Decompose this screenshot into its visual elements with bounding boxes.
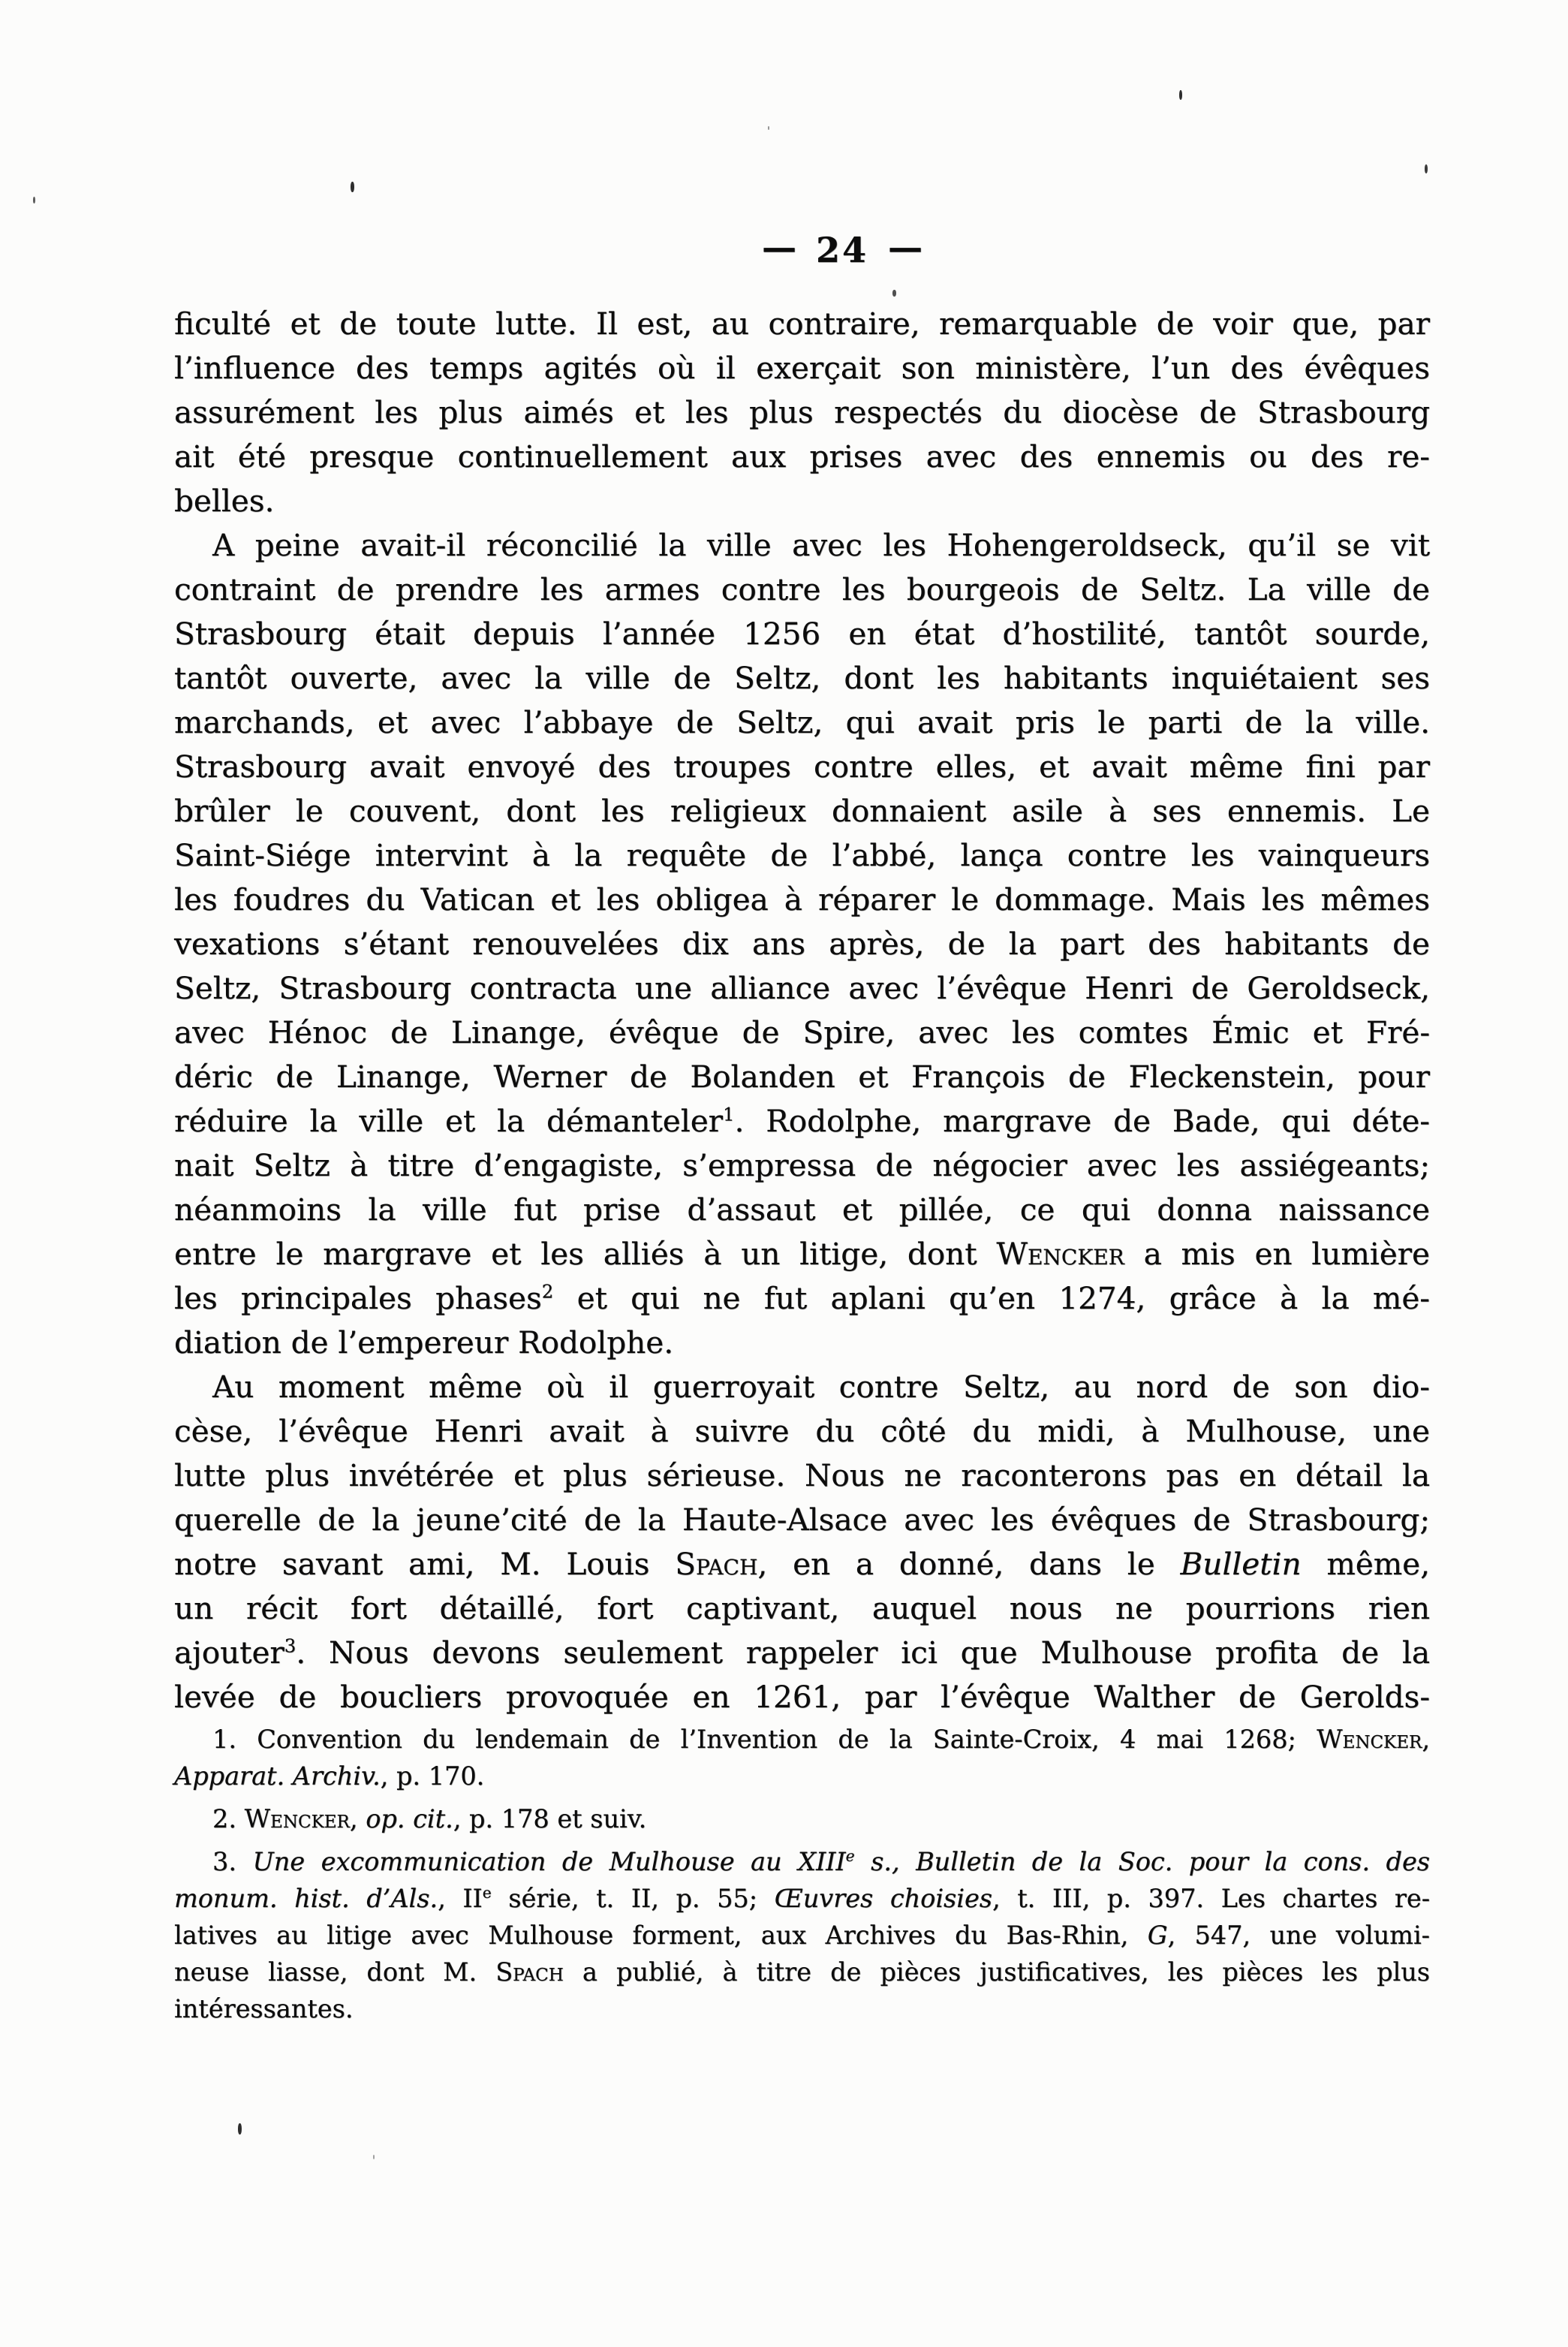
text-segment: e <box>483 1884 492 1902</box>
text-segment: levée de boucliers provoquée en 1261, pa… <box>174 1679 1430 1715</box>
text-segment: belles. <box>174 483 274 519</box>
text-segment: réduire la ville et la démanteler <box>174 1103 723 1139</box>
scan-speck <box>1179 90 1182 100</box>
text-line: 3. Une excommunication de Mulhouse au XI… <box>174 1843 1430 1880</box>
text-segment: les foudres du Vatican et les obligea à … <box>174 881 1430 917</box>
scan-speck <box>33 197 35 203</box>
text-segment: tantôt ouverte, avec la ville de Seltz, … <box>174 660 1430 696</box>
page-header: —24— <box>762 230 922 270</box>
header-right-dash: — <box>888 227 922 267</box>
text-segment: monum. hist. d’Als. <box>174 1884 438 1913</box>
text-line: vexations s’étant renouvelées dix ans ap… <box>174 922 1430 966</box>
text-segment: ait été presque continuellement aux pris… <box>174 438 1430 475</box>
text-line: neuse liasse, dont M. Spach a publié, à … <box>174 1954 1430 1990</box>
text-segment: les principales phases <box>174 1280 542 1316</box>
text-segment: diation de l’empereur Rodolphe. <box>174 1324 673 1360</box>
text-line: 1. Convention du lendemain de l’Inventio… <box>174 1721 1430 1758</box>
text-segment: Wencker <box>1317 1725 1422 1754</box>
body-text: ficulté et de toute lutte. Il est, au co… <box>174 302 1430 1719</box>
text-line: belles. <box>174 479 1430 523</box>
scan-speck <box>892 290 896 297</box>
text-segment: ajouter <box>174 1634 284 1671</box>
text-segment: Saint-Siége intervint à la requête de l’… <box>174 837 1430 873</box>
text-line: levée de boucliers provoquée en 1261, pa… <box>174 1675 1430 1719</box>
paragraph: ficulté et de toute lutte. Il est, au co… <box>174 302 1430 523</box>
text-segment: ficulté et de toute lutte. Il est, au co… <box>174 306 1430 342</box>
text-line: nait Seltz à titre d’engagiste, s’empres… <box>174 1143 1430 1188</box>
text-segment: a mis en lumière <box>1124 1236 1430 1272</box>
page-sheet: —24— ficulté et de toute lutte. Il est, … <box>0 0 1568 2347</box>
text-segment: latives au litige avec Mulhouse forment,… <box>174 1921 1148 1950</box>
text-segment: brûler le couvent, dont les religieux do… <box>174 793 1430 829</box>
footnote: 1. Convention du lendemain de l’Inventio… <box>174 1721 1430 1794</box>
text-line: Saint-Siége intervint à la requête de l’… <box>174 833 1430 878</box>
text-line: Au moment même où il guerroyait contre S… <box>174 1365 1430 1409</box>
text-segment: un récit fort détaillé, fort captivant, … <box>174 1590 1430 1626</box>
text-segment: 3 <box>284 1635 296 1657</box>
text-segment: cèse, l’évêque Henri avait à suivre du c… <box>174 1413 1430 1449</box>
text-line: ait été presque continuellement aux pris… <box>174 435 1430 479</box>
footnote: 3. Une excommunication de Mulhouse au XI… <box>174 1843 1430 2027</box>
text-segment: 3. <box>212 1847 252 1876</box>
text-segment: . Rodolphe, margrave de Bade, qui déte- <box>735 1103 1430 1139</box>
text-segment: intéressantes. <box>174 1994 353 2023</box>
text-line: lutte plus invétérée et plus sérieuse. N… <box>174 1454 1430 1498</box>
text-segment: , p. 170. <box>381 1761 485 1791</box>
text-line: ajouter3. Nous devons seulement rappeler… <box>174 1631 1430 1675</box>
text-line: déric de Linange, Werner de Bolanden et … <box>174 1055 1430 1099</box>
footnotes: 1. Convention du lendemain de l’Inventio… <box>174 1721 1430 2033</box>
text-segment: , II <box>438 1884 483 1913</box>
text-segment: neuse liasse, dont M. <box>174 1957 495 1987</box>
scan-speck <box>351 182 354 192</box>
text-line: réduire la ville et la démanteler1. Rodo… <box>174 1099 1430 1143</box>
text-line: querelle de la jeune’cité de la Haute-Al… <box>174 1498 1430 1542</box>
text-segment: entre le margrave et les alliés à un lit… <box>174 1236 996 1272</box>
text-segment: avec Hénoc de Linange, évêque de Spire, … <box>174 1014 1430 1050</box>
text-line: ficulté et de toute lutte. Il est, au co… <box>174 302 1430 346</box>
text-segment: op. cit. <box>366 1804 453 1833</box>
text-segment: notre savant ami, M. Louis <box>174 1546 675 1582</box>
text-segment: déric de Linange, Werner de Bolanden et … <box>174 1059 1430 1095</box>
text-segment: A peine avait-il réconcilié la ville ave… <box>212 527 1430 563</box>
text-line: latives au litige avec Mulhouse forment,… <box>174 1917 1430 1954</box>
scan-speck <box>768 126 769 130</box>
text-line: contraint de prendre les armes contre le… <box>174 568 1430 612</box>
text-segment: Wencker <box>245 1804 350 1833</box>
header-left-dash: — <box>762 227 796 267</box>
text-segment: série, t. II, p. 55; <box>492 1884 775 1913</box>
text-segment: Au moment même où il guerroyait contre S… <box>212 1369 1430 1405</box>
text-line: Strasbourg avait envoyé des troupes cont… <box>174 745 1430 789</box>
scan-speck <box>1425 164 1428 173</box>
text-segment: 2 <box>542 1281 553 1303</box>
text-segment: Seltz, Strasbourg contracta une alliance… <box>174 970 1430 1006</box>
text-segment: et qui ne fut aplani qu’en 1274, grâce à… <box>553 1280 1430 1316</box>
text-segment: , <box>1422 1725 1430 1754</box>
text-line: l’influence des temps agités où il exerç… <box>174 346 1430 390</box>
text-segment: Une excommunication de Mulhouse au XIII <box>252 1847 845 1876</box>
text-segment: . Nous devons seulement rappeler ici que… <box>296 1634 1430 1671</box>
text-segment: s., Bulletin de la Soc. pour la cons. de… <box>855 1847 1430 1876</box>
text-line: Apparat. Archiv., p. 170. <box>174 1758 1430 1794</box>
text-line: tantôt ouverte, avec la ville de Seltz, … <box>174 656 1430 700</box>
text-line: avec Hénoc de Linange, évêque de Spire, … <box>174 1011 1430 1055</box>
text-segment: , t. III, p. 397. Les chartes re- <box>992 1884 1430 1913</box>
paragraph: A peine avait-il réconcilié la ville ave… <box>174 523 1430 1365</box>
text-segment: 1 <box>723 1104 734 1125</box>
text-line: assurément les plus aimés et les plus re… <box>174 390 1430 435</box>
text-segment: l’influence des temps agités où il exerç… <box>174 350 1430 386</box>
text-segment: Wencker <box>996 1236 1124 1272</box>
text-segment: 2. <box>212 1804 245 1833</box>
text-segment: néanmoins la ville fut prise d’assaut et… <box>174 1192 1430 1228</box>
text-line: les principales phases2 et qui ne fut ap… <box>174 1276 1430 1321</box>
text-line: néanmoins la ville fut prise d’assaut et… <box>174 1188 1430 1232</box>
text-line: 2. Wencker, op. cit., p. 178 et suiv. <box>174 1800 1430 1837</box>
text-line: diation de l’empereur Rodolphe. <box>174 1321 1430 1365</box>
text-line: les foudres du Vatican et les obligea à … <box>174 878 1430 922</box>
text-segment: , 547, une volumi- <box>1167 1921 1430 1950</box>
text-line: intéressantes. <box>174 1990 1430 2027</box>
text-line: Seltz, Strasbourg contracta une alliance… <box>174 966 1430 1011</box>
text-line: un récit fort détaillé, fort captivant, … <box>174 1586 1430 1631</box>
text-segment: même, <box>1302 1546 1430 1582</box>
text-line: Strasbourg était depuis l’année 1256 en … <box>174 612 1430 656</box>
text-segment: Œuvres choisies <box>775 1884 992 1913</box>
page-number: 24 <box>816 230 868 270</box>
text-segment: querelle de la jeune’cité de la Haute-Al… <box>174 1502 1430 1538</box>
text-segment: contraint de prendre les armes contre le… <box>174 571 1430 607</box>
text-line: monum. hist. d’Als., IIe série, t. II, p… <box>174 1880 1430 1917</box>
text-line: brûler le couvent, dont les religieux do… <box>174 789 1430 833</box>
paragraph: Au moment même où il guerroyait contre S… <box>174 1365 1430 1719</box>
text-segment: Apparat. Archiv. <box>174 1761 381 1791</box>
text-segment: a publié, à titre de pièces justificativ… <box>564 1957 1430 1987</box>
text-segment: G <box>1148 1921 1168 1950</box>
text-segment: e <box>846 1847 855 1865</box>
text-segment: , p. 178 et suiv. <box>453 1804 647 1833</box>
text-segment: Spach <box>675 1546 757 1582</box>
text-segment: nait Seltz à titre d’engagiste, s’empres… <box>174 1147 1430 1183</box>
text-segment: 1. Convention du lendemain de l’Inventio… <box>212 1725 1317 1754</box>
text-line: A peine avait-il réconcilié la ville ave… <box>174 523 1430 568</box>
scan-speck <box>373 2155 375 2159</box>
text-line: marchands, et avec l’abbaye de Seltz, qu… <box>174 700 1430 745</box>
text-line: entre le margrave et les alliés à un lit… <box>174 1232 1430 1276</box>
text-segment: , <box>350 1804 366 1833</box>
text-segment: lutte plus invétérée et plus sérieuse. N… <box>174 1457 1430 1493</box>
text-segment: Bulletin <box>1181 1546 1302 1582</box>
text-segment: , en a donné, dans le <box>757 1546 1180 1582</box>
text-segment: marchands, et avec l’abbaye de Seltz, qu… <box>174 704 1430 740</box>
footnote: 2. Wencker, op. cit., p. 178 et suiv. <box>174 1800 1430 1837</box>
text-segment: assurément les plus aimés et les plus re… <box>174 394 1430 430</box>
text-segment: vexations s’étant renouvelées dix ans ap… <box>174 926 1430 962</box>
text-line: cèse, l’évêque Henri avait à suivre du c… <box>174 1409 1430 1454</box>
text-line: notre savant ami, M. Louis Spach, en a d… <box>174 1542 1430 1586</box>
text-segment: Strasbourg était depuis l’année 1256 en … <box>174 616 1430 652</box>
text-segment: Strasbourg avait envoyé des troupes cont… <box>174 749 1430 785</box>
scan-speck <box>238 2123 242 2135</box>
text-segment: Spach <box>495 1957 564 1987</box>
